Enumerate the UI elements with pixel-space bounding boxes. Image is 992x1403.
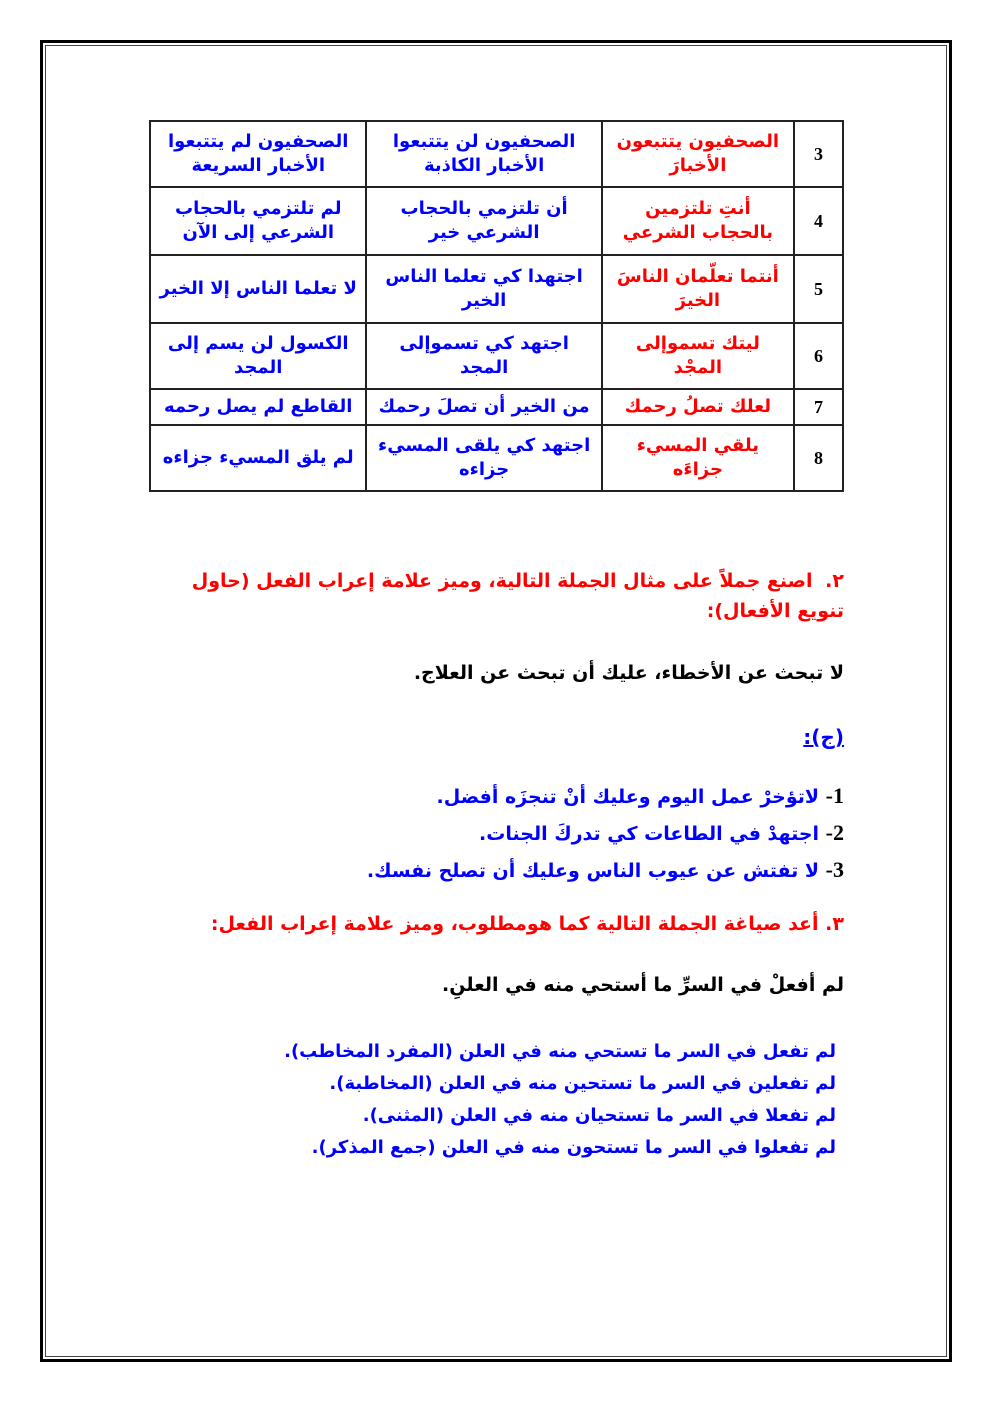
lam-sentence: الكسول لن يسم إلى المجد	[150, 323, 366, 389]
answer-item: 1- لاتؤخرْ عمل اليوم وعليك أنْ تنجزَه أف…	[367, 778, 844, 815]
table-row: 7 لعلك تصلُ رحمك من الخير أن تصلَ رحمك ا…	[150, 389, 843, 425]
table-row: 5 أنتما تعلّمان الناسَ الخيرَ اجتهدا كي …	[150, 255, 843, 323]
row-number: 7	[794, 389, 843, 425]
answer-line: لم تفعلا في السر ما تستحيان منه في العلن…	[284, 1100, 836, 1132]
answer-line: لم تفعل في السر ما تستحي منه في العلن (ا…	[284, 1036, 836, 1068]
answer-label: (ج):	[803, 725, 844, 749]
question-3-number: ٣.	[825, 913, 844, 935]
answer-item: 3- لا تفتش عن عيوب الناس وعليك أن تصلح ن…	[367, 852, 844, 889]
document-page: 3 الصحفيون يتتبعون الأخبارَ الصحفيون لن …	[0, 0, 992, 1403]
lam-sentence: لم تلتزمي بالحجاب الشرعي إلى الآن	[150, 187, 366, 255]
question-3-text: أعد صياغة الجملة التالية كما هومطلوب، وم…	[211, 913, 819, 935]
answers-list: 1- لاتؤخرْ عمل اليوم وعليك أنْ تنجزَه أف…	[367, 778, 844, 889]
lan-kay-sentence: اجتهد كي يلقى المسيء جزاءه	[366, 425, 601, 491]
answer-index: 1-	[826, 783, 844, 808]
lan-kay-sentence: اجتهد كي تسموإلى المجد	[366, 323, 601, 389]
lan-kay-sentence: من الخير أن تصلَ رحمك	[366, 389, 601, 425]
row-number: 8	[794, 425, 843, 491]
lam-sentence: لم يلق المسيء جزاءه	[150, 425, 366, 491]
question-3-instruction: ٣. أعد صياغة الجملة التالية كما هومطلوب،…	[211, 913, 844, 935]
row-number: 5	[794, 255, 843, 323]
original-sentence: أنتما تعلّمان الناسَ الخيرَ	[602, 255, 794, 323]
original-sentence: الصحفيون يتتبعون الأخبارَ	[602, 121, 794, 187]
table-row: 6 ليتك تسموإلى المجْد اجتهد كي تسموإلى ا…	[150, 323, 843, 389]
lan-kay-sentence: أن تلتزمي بالحجاب الشرعي خير	[366, 187, 601, 255]
original-sentence: يلقي المسيء جزاءَه	[602, 425, 794, 491]
question-3-example: لم أفعلْ في السرِّ ما أستحي منه في العلن…	[442, 974, 844, 996]
question-2-instruction: ٢. اصنع جملاً على مثال الجملة التالية، و…	[154, 566, 844, 626]
exercise-table: 3 الصحفيون يتتبعون الأخبارَ الصحفيون لن …	[149, 120, 844, 492]
lam-sentence: لا تعلما الناس إلا الخير	[150, 255, 366, 323]
question-2-number: ٢.	[825, 570, 844, 592]
answer-text: لاتؤخرْ عمل اليوم وعليك أنْ تنجزَه أفضل.	[437, 786, 820, 808]
lam-sentence: القاطع لم يصل رحمه	[150, 389, 366, 425]
answer-item: 2- اجتهدْ في الطاعات كي تدركَ الجنات.	[367, 815, 844, 852]
table-row: 3 الصحفيون يتتبعون الأخبارَ الصحفيون لن …	[150, 121, 843, 187]
table-row: 8 يلقي المسيء جزاءَه اجتهد كي يلقى المسي…	[150, 425, 843, 491]
table-row: 4 أنتِ تلتزمين بالحجاب الشرعي أن تلتزمي …	[150, 187, 843, 255]
answer-text: اجتهدْ في الطاعات كي تدركَ الجنات.	[479, 823, 819, 845]
row-number: 3	[794, 121, 843, 187]
question-2-text: اصنع جملاً على مثال الجملة التالية، وميز…	[192, 570, 844, 622]
row-number: 4	[794, 187, 843, 255]
lam-sentence: الصحفيون لم يتتبعوا الأخبار السريعة	[150, 121, 366, 187]
answer-line: لم تفعلوا في السر ما تستحون منه في العلن…	[284, 1132, 836, 1164]
answer-text: لا تفتش عن عيوب الناس وعليك أن تصلح نفسك…	[367, 860, 819, 882]
answer-index: 3-	[826, 857, 844, 882]
original-sentence: ليتك تسموإلى المجْد	[602, 323, 794, 389]
lan-kay-sentence: الصحفيون لن يتتبعوا الأخبار الكاذبة	[366, 121, 601, 187]
answer-line: لم تفعلين في السر ما تستحين منه في العلن…	[284, 1068, 836, 1100]
original-sentence: أنتِ تلتزمين بالحجاب الشرعي	[602, 187, 794, 255]
original-sentence: لعلك تصلُ رحمك	[602, 389, 794, 425]
answer-index: 2-	[826, 820, 844, 845]
question-2-example: لا تبحث عن الأخطاء، عليك أن تبحث عن العل…	[414, 662, 844, 684]
lan-kay-sentence: اجتهدا كي تعلما الناس الخير	[366, 255, 601, 323]
row-number: 6	[794, 323, 843, 389]
question-3-answers: لم تفعل في السر ما تستحي منه في العلن (ا…	[284, 1036, 836, 1164]
